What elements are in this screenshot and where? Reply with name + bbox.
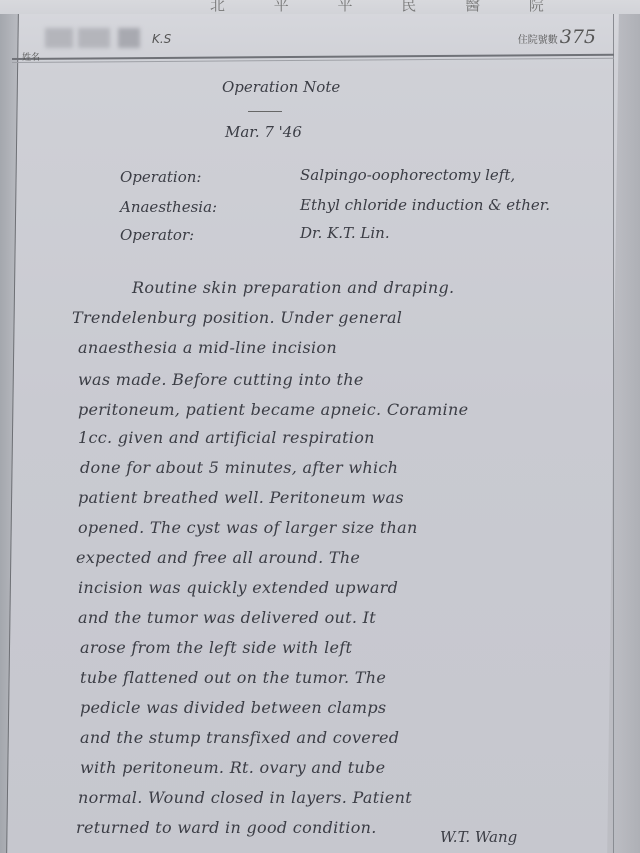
narrative-line: anaesthesia a mid-line incision <box>78 338 337 357</box>
redacted-name-block <box>78 28 110 48</box>
narrative-line: returned to ward in good condition. <box>76 818 377 837</box>
previous-page-strip: 北 平 平 民 醫 院 <box>0 0 640 14</box>
narrative-line: incision was quickly extended upward <box>78 578 398 597</box>
note-date: Mar. 7 '46 <box>225 123 302 141</box>
operator-value: Dr. K.T. Lin. <box>300 224 390 242</box>
operation-value: Salpingo-oophorectomy left, <box>300 166 515 184</box>
title-underline <box>248 111 282 112</box>
record-number-field: 住院號數375 <box>518 26 596 48</box>
narrative-line: Trendelenburg position. Under general <box>72 308 402 327</box>
record-number-value: 375 <box>560 26 596 48</box>
patient-name: K.S <box>152 32 171 46</box>
narrative-line: tube flattened out on the tumor. The <box>80 668 386 687</box>
narrative-line: and the tumor was delivered out. It <box>78 608 376 627</box>
right-margin-rule <box>613 14 615 853</box>
redacted-name-block <box>45 28 73 48</box>
narrative-line: with peritoneum. Rt. ovary and tube <box>80 758 385 777</box>
narrative-line: expected and free all around. The <box>76 548 360 567</box>
narrative-line: arose from the left side with left <box>80 638 352 657</box>
surgeon-signature: W.T. Wang <box>440 828 517 846</box>
name-label: 姓名 <box>22 50 40 63</box>
anaesthesia-value: Ethyl chloride induction & ether. <box>300 196 550 214</box>
narrative-line: Routine skin preparation and draping. <box>132 278 454 297</box>
operator-label: Operator: <box>120 226 194 244</box>
anaesthesia-label: Anaesthesia: <box>120 198 217 216</box>
narrative-line: patient breathed well. Peritoneum was <box>78 488 404 507</box>
note-title: Operation Note <box>222 78 340 96</box>
redacted-name-block <box>118 28 140 48</box>
narrative-line: and the stump transfixed and covered <box>80 728 399 747</box>
narrative-line: was made. Before cutting into the <box>78 370 364 389</box>
printed-hospital-title: 北 平 平 民 醫 院 <box>210 0 430 15</box>
operation-label: Operation: <box>120 168 201 186</box>
narrative-line: pedicle was divided between clamps <box>80 698 386 717</box>
narrative-line: peritoneum, patient became apneic. Coram… <box>78 400 468 419</box>
narrative-line: 1cc. given and artificial respiration <box>78 428 375 447</box>
narrative-line: normal. Wound closed in layers. Patient <box>78 788 412 807</box>
record-number-label: 住院號數 <box>518 35 558 46</box>
narrative-line: done for about 5 minutes, after which <box>80 458 398 477</box>
narrative-line: opened. The cyst was of larger size than <box>78 518 418 537</box>
